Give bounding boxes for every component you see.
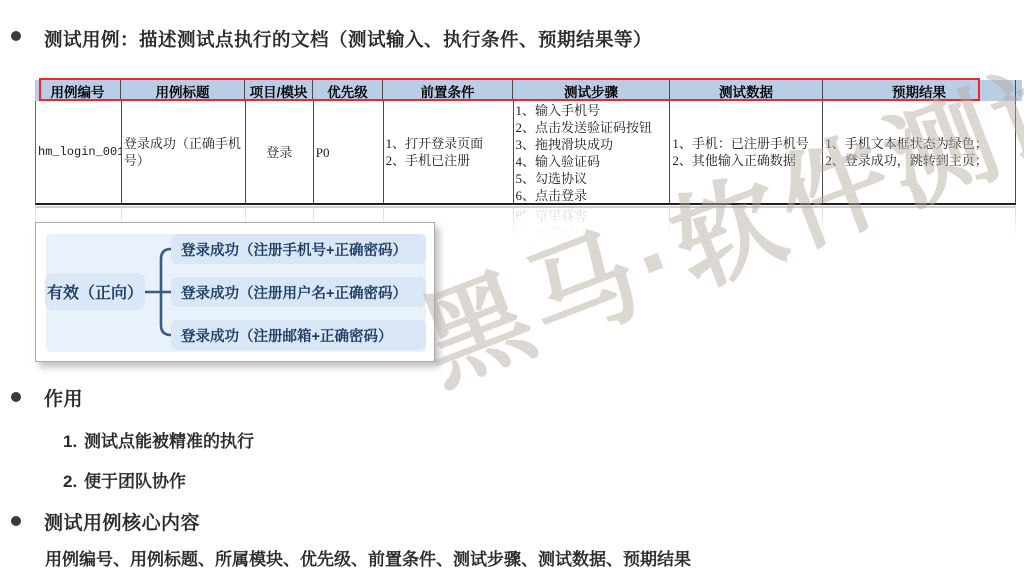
cell-priority: P0 [314, 101, 384, 203]
cell-steps: 1、输入手机号 2、点击发送验证码按钮 3、拖拽滑块成功 4、输入验证码 5、勾… [514, 101, 671, 203]
case-id-value: hm_login_001 [38, 144, 119, 161]
role-heading: 作用 [44, 384, 83, 411]
cell-module: 登录 [246, 101, 314, 203]
intro-text: 测试用例：描述测试点执行的文档（测试输入、执行条件、预期结果等） [44, 26, 652, 52]
step-line: 4、输入验证码 [516, 153, 668, 170]
mindmap-card: 有效（正向） 登录成功（注册手机号+正确密码） 登录成功（注册用户名+正确密码）… [35, 222, 435, 362]
header-highlight-box [39, 78, 980, 101]
mindmap-root-node: 有效（正向） [45, 273, 145, 310]
test-data-line: 1、手机：已注册手机号 [672, 135, 820, 152]
core-content-text: 用例编号、用例标题、所属模块、优先级、前置条件、测试步骤、测试数据、预期结果 [45, 545, 691, 570]
bullet-icon [11, 516, 21, 526]
role-item: 1.测试点能被精准的执行 [63, 427, 254, 452]
cell-test-data: 1、手机：已注册手机号 2、其他输入正确数据 [670, 101, 823, 203]
core-heading: 测试用例核心内容 [44, 508, 200, 535]
role-item: 2.便于团队协作 [63, 467, 186, 492]
item-number: 2. [63, 472, 84, 492]
step-line: 6、点击登录 [516, 187, 668, 203]
cell-case-id: hm_login_001 [36, 101, 122, 203]
test-case-table: 用例编号 用例标题 项目/模块 优先级 前置条件 测试步骤 测试数据 预期结果 … [35, 78, 1022, 205]
table-row: hm_login_001 登录成功（正确手机号） 登录 P0 1、打开登录页面 … [35, 101, 1016, 205]
precondition-line: 2、手机已注册 [386, 152, 511, 169]
priority-value: P0 [316, 144, 381, 161]
bullet-icon [11, 392, 21, 402]
item-text: 测试点能被精准的执行 [84, 432, 254, 451]
step-line: 3、拖拽滑块成功 [516, 136, 668, 153]
title-value: 登录成功（正确手机号） [124, 135, 243, 169]
cell-preconditions: 1、打开登录页面 2、手机已注册 [384, 101, 514, 203]
step-line: 5、勾选协议 [516, 170, 668, 187]
cell-expected: 1、手机文本框状态为绿色； 2、登录成功，跳转到主页； [823, 101, 1016, 203]
expected-line: 1、手机文本框状态为绿色； [825, 135, 1013, 152]
cell-title: 登录成功（正确手机号） [122, 101, 246, 203]
module-value: 登录 [266, 144, 292, 161]
mindmap-branch-node: 登录成功（注册手机号+正确密码） [171, 234, 426, 264]
item-number: 1. [63, 432, 84, 452]
step-line: 1、输入手机号 [516, 102, 668, 119]
watermark-text: 黑马·软件测试 [395, 8, 1024, 413]
precondition-line: 1、打开登录页面 [386, 135, 511, 152]
bullet-icon [11, 31, 21, 41]
test-data-line: 2、其他输入正确数据 [672, 152, 820, 169]
mindmap-branch-node: 登录成功（注册邮箱+正确密码） [171, 320, 426, 350]
item-text: 便于团队协作 [84, 472, 186, 491]
mindmap-branch-node: 登录成功（注册用户名+正确密码） [171, 277, 426, 307]
step-line: 2、点击发送验证码按钮 [516, 119, 668, 136]
expected-line: 2、登录成功，跳转到主页； [825, 152, 1013, 169]
